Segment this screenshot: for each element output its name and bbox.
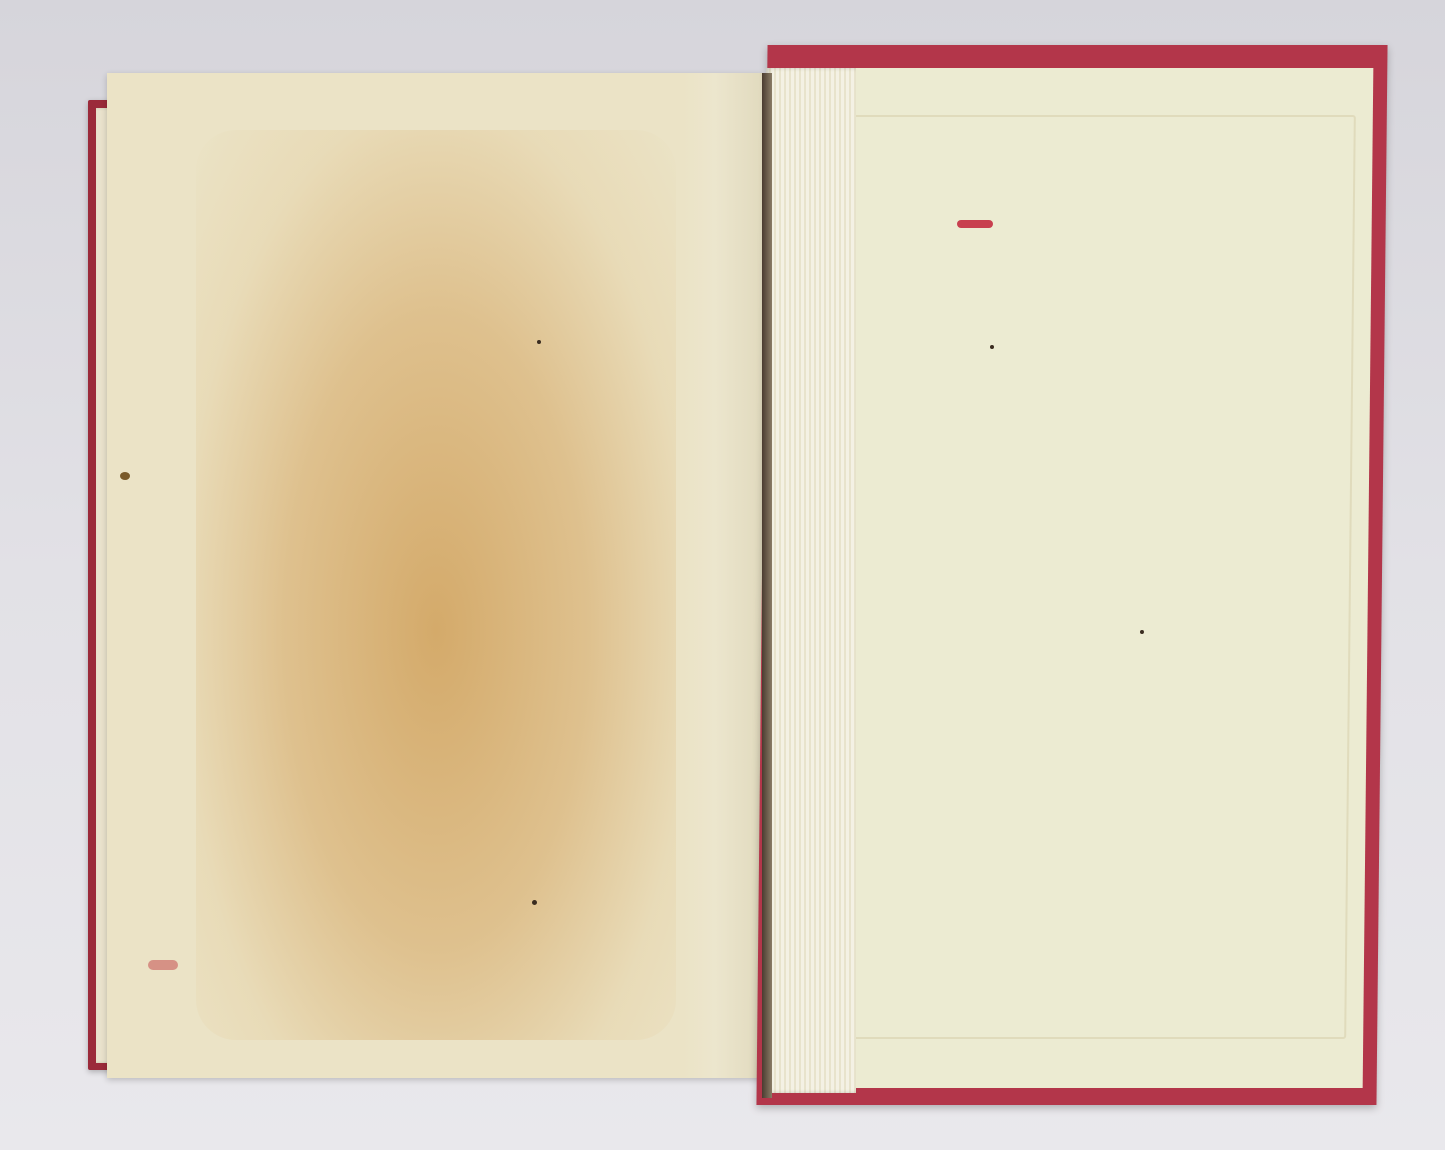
red-mark-left: [148, 960, 178, 970]
foxing-dot: [990, 345, 994, 349]
foxing-dot: [1140, 630, 1144, 634]
spine-shadow: [762, 73, 772, 1098]
foxing-dot: [537, 340, 541, 344]
red-mark: [957, 220, 993, 228]
foxing-dot: [532, 900, 537, 905]
cloth-hinge: [766, 68, 856, 1093]
left-gutter: [683, 73, 763, 1078]
board-impression-frame: [840, 115, 1356, 1039]
foxing-dot: [120, 472, 130, 480]
foxing-stain: [196, 130, 676, 1040]
